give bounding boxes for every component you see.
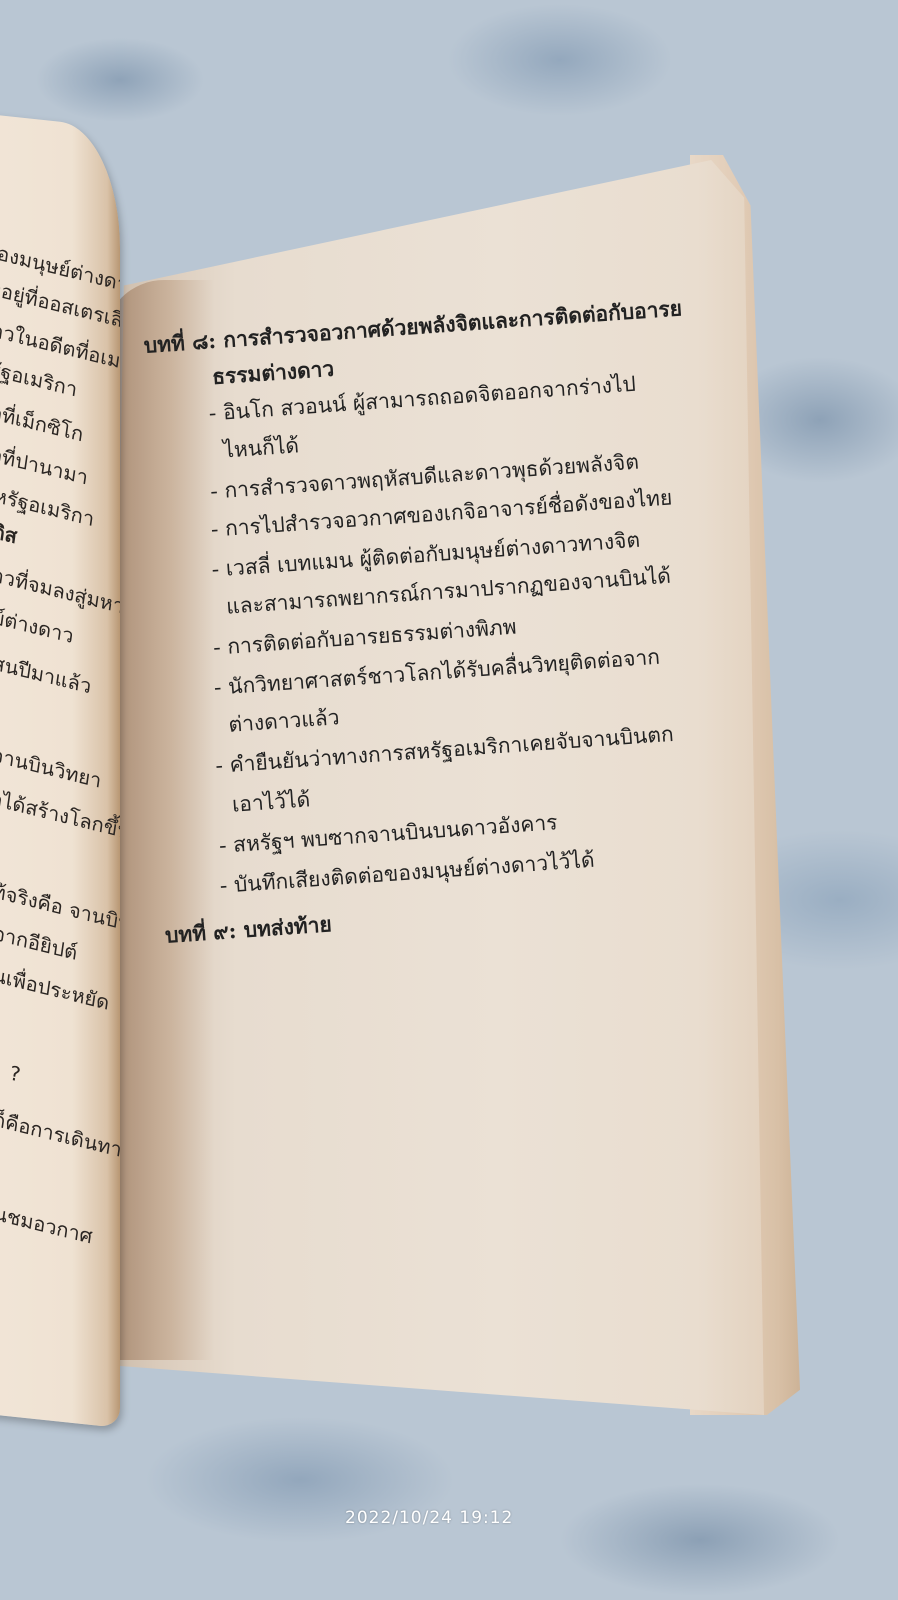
left-line: ขึ้นชมอวกาศ (0, 1194, 95, 1253)
chapter-9-label: บทที่ ๙: (164, 918, 237, 948)
photo-timestamp: 2022/10/24 19:12 (345, 1508, 513, 1528)
list-item: เอาไว้ได้ (231, 783, 311, 821)
chapter-8-label: บทที่ ๘: (143, 328, 217, 358)
left-line: ? (8, 1061, 22, 1087)
list-item: ไหนก็ได้ (222, 429, 300, 467)
gutter-shadow (104, 280, 214, 1360)
left-line: จ้าได้สร้างโลกขึ้น (0, 780, 120, 848)
left-line: แสนปีมาแล้ว (0, 644, 93, 703)
left-line: ซูก็คือการเดินทาง (0, 1100, 120, 1168)
chapter-9-title: บทส่งท้าย (243, 911, 333, 942)
left-page-text: กของมนุษย์ต่างดาว ฝังอยู่ที่ออสเตรเลีย ง… (0, 115, 120, 128)
left-line: บินเพื่อประหยัด (0, 956, 111, 1019)
left-line: ติส (0, 515, 19, 552)
photo-scene: กของมนุษย์ต่างดาว ฝังอยู่ที่ออสเตรเลีย ง… (0, 0, 898, 1600)
left-page: กของมนุษย์ต่างดาว ฝังอยู่ที่ออสเตรเลีย ง… (0, 111, 120, 1428)
